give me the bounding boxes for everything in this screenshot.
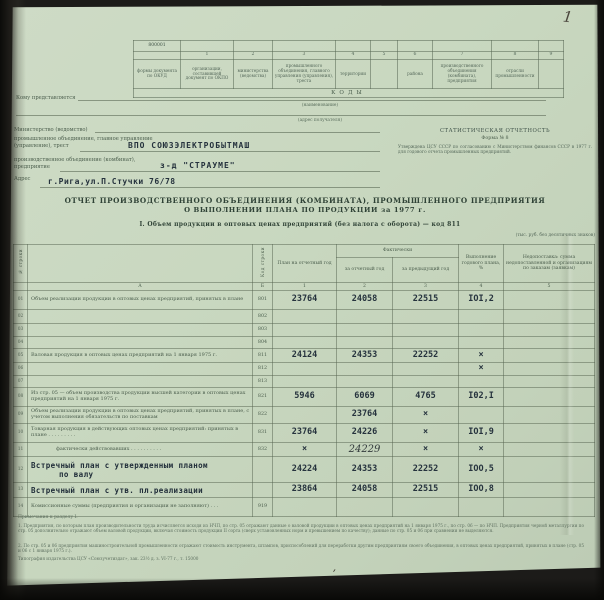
row-code-cell: 801	[253, 291, 273, 310]
report-title-line1: ОТЧЕТ ПРОИЗВОДСТВЕННОГО ОБЪЕДИНЕНИЯ (КОМ…	[30, 196, 580, 205]
cell-pct: I02,I	[459, 388, 504, 407]
cell-plan	[273, 324, 337, 337]
cell-note	[504, 349, 595, 363]
column-letter-cell: Б	[253, 283, 273, 291]
cell-fact-report: 24058	[337, 483, 393, 498]
cell-plan: ×	[273, 443, 337, 457]
cell-note	[504, 337, 595, 349]
cell-fact-report: 24058	[337, 291, 393, 310]
codes-label-cell: формы документа по ОКУД	[134, 60, 181, 89]
handwritten-page-number: 1	[562, 7, 574, 26]
report-table-body: 01Объем реализации продукции в оптовых ц…	[14, 291, 595, 517]
table-row: 07813	[14, 376, 595, 388]
codes-number-row: 123456789	[134, 52, 564, 60]
codes-top-cell	[492, 41, 539, 52]
cell-plan: 23764	[273, 291, 337, 310]
paper-crease	[560, 235, 574, 535]
col-a-header-cell	[28, 245, 253, 283]
row-code-cell: 822	[253, 407, 273, 424]
cell-plan: 5946	[273, 388, 337, 407]
table-row: 12Встречный план с утвержденным планомпо…	[14, 457, 595, 483]
codes-kody-cell: КОДЫ	[134, 89, 564, 98]
ministry-line	[95, 132, 380, 133]
row-code-cell	[253, 483, 273, 498]
row-code-cell: 803	[253, 324, 273, 337]
section-heading: I. Объем продукции в оптовых ценах предп…	[40, 221, 560, 228]
codes-top-cell	[336, 41, 371, 52]
codes-label-cell	[539, 60, 564, 89]
cell-pct	[459, 407, 504, 424]
codes-top-cell: 800001	[134, 41, 181, 52]
cell-note	[504, 483, 595, 498]
row-description-cell: Из стр. 05 — объем производства продукци…	[28, 388, 253, 407]
codes-top-cell	[539, 41, 564, 52]
cell-note	[504, 363, 595, 376]
address-value: г.Рига,ул.П.Стучки 76/78	[48, 177, 176, 186]
row-description-cell: Объем реализации продукции в оптовых цен…	[28, 407, 253, 424]
table-row: 11фактически действовавших . . . . . . .…	[14, 443, 595, 457]
addressee-name-line	[78, 100, 546, 101]
column-letter-cell: 5	[504, 283, 595, 291]
cell-pct: IOI,2	[459, 291, 504, 310]
cell-plan	[273, 376, 337, 388]
footnotes-header: Примечания к разделу I.	[18, 515, 218, 520]
cell-fact-report	[337, 337, 393, 349]
book-binding-shadow	[0, 0, 26, 600]
print-imprint: Типография издательства ЦСУ «Союзучетизд…	[18, 556, 418, 561]
codes-label-cell: территории	[336, 60, 371, 89]
approval-text: Утверждена ЦСУ СССР по согласованию с Ми…	[398, 144, 592, 154]
address-line	[40, 187, 380, 188]
cell-fact-prev	[393, 337, 459, 349]
codes-label-row: формы документа по ОКУДорганизации, сост…	[134, 60, 564, 89]
table-letters-row: АБ12345	[14, 283, 595, 291]
cell-fact-prev: 4765	[393, 388, 459, 407]
cell-pct: IOI,9	[459, 424, 504, 443]
row-description-cell	[28, 376, 253, 388]
column-letter-cell: 2	[337, 283, 393, 291]
cell-fact-prev: 22252	[393, 349, 459, 363]
codes-number-cell: 1	[181, 52, 234, 60]
table-row: 03803	[14, 324, 595, 337]
cell-plan	[273, 407, 337, 424]
addressee-address-caption: (адрес получателя)	[250, 118, 390, 123]
note-header-cell: Недопоставка: сумма недопоставленной и о…	[504, 245, 595, 283]
row-code-cell: 804	[253, 337, 273, 349]
cell-plan: 23764	[273, 424, 337, 443]
table-row: 09Объем реализации продукции в оптовых ц…	[14, 407, 595, 424]
cell-note	[504, 443, 595, 457]
fact-prev-header-cell: за предыдущий год	[393, 258, 459, 283]
codes-kody-row: КОДЫ	[134, 89, 564, 98]
row-code-cell: 831	[253, 424, 273, 443]
col-b-header: Код строки	[260, 247, 265, 277]
codes-label-cell: отрасли промышленности	[492, 60, 539, 89]
cell-note	[504, 324, 595, 337]
table-row: 14Комиссионные суммы (предприятия и орга…	[14, 498, 595, 517]
cell-pct: IOO,5	[459, 457, 504, 483]
report-title-line2: О ВЫПОЛНЕНИИ ПЛАНА ПО ПРОДУКЦИИ за 1977 …	[30, 206, 580, 214]
statistical-reporting-label: СТАТИСТИЧЕСКАЯ ОТЧЕТНОСТЬ	[400, 128, 590, 134]
cell-note	[504, 498, 595, 517]
table-row: 04804	[14, 337, 595, 349]
cell-fact-prev	[393, 376, 459, 388]
codes-number-cell: 2	[234, 52, 273, 60]
table-header-row-1: № строки Код строки План на отчет­ный го…	[14, 245, 595, 258]
union-line	[80, 151, 380, 152]
row-code-cell	[253, 457, 273, 483]
form-number-label: Форма № 8	[400, 136, 590, 141]
row-description-cell: Товарная продукция в действующих оптовых…	[28, 424, 253, 443]
row-description-cell: Объем реализации продукции в оптовых цен…	[28, 291, 253, 310]
codes-label-cell: организации, составившей документ по ОКП…	[181, 60, 234, 89]
codes-label-cell: района	[398, 60, 433, 89]
table-row: 02802	[14, 310, 595, 324]
cell-fact-report: 23764	[337, 407, 393, 424]
cell-note	[504, 291, 595, 310]
footnote-2: 2. По стр. 05 и 06 предприятия машиностр…	[18, 543, 584, 554]
cell-plan	[273, 310, 337, 324]
table-row: 05Валовая продукция в оптовых ценах пред…	[14, 349, 595, 363]
codes-number-cell: 3	[273, 52, 336, 60]
cell-fact-prev	[393, 324, 459, 337]
footnote-1: 1. Предприятия, по которым план производ…	[18, 523, 584, 534]
column-letter-cell: 4	[459, 283, 504, 291]
cell-fact-report	[337, 498, 393, 517]
cell-fact-prev: 22515	[393, 483, 459, 498]
cell-pct	[459, 337, 504, 349]
row-code-cell: 812	[253, 363, 273, 376]
enterprise-value: з-д "СТРАУМЕ"	[160, 161, 236, 170]
scanned-report-page: 1 800001123456789формы документа по ОКУД…	[0, 0, 604, 600]
cell-plan: 23864	[273, 483, 337, 498]
cell-pct	[459, 376, 504, 388]
cell-fact-prev: ×	[393, 407, 459, 424]
table-row: 13Встречный план с утв. пл.реализации238…	[14, 483, 595, 498]
row-code-cell: 821	[253, 388, 273, 407]
cell-fact-prev: 22252	[393, 457, 459, 483]
codes-top-cell	[433, 41, 492, 52]
row-description-cell	[28, 324, 253, 337]
table-row: 10Товарная продукция в действующих оптов…	[14, 424, 595, 443]
right-edge-shadow	[594, 0, 604, 600]
cell-fact-report: 24229	[337, 443, 393, 457]
cell-fact-report: 24353	[337, 349, 393, 363]
cell-fact-report: 6069	[337, 388, 393, 407]
row-code-cell: 919	[253, 498, 273, 517]
column-letter-cell: 3	[393, 283, 459, 291]
codes-top-cell	[371, 41, 398, 52]
row-code-cell: 802	[253, 310, 273, 324]
cell-note	[504, 376, 595, 388]
codes-number-cell: 8	[492, 52, 539, 60]
codes-label-cell: промышленного объединения, главного упра…	[273, 60, 336, 89]
plan-header-cell: План на отчет­ный год	[273, 245, 337, 283]
cell-pct	[459, 498, 504, 517]
row-description-cell: Валовая продукция в оптовых ценах предпр…	[28, 349, 253, 363]
cell-fact-prev	[393, 498, 459, 517]
codes-number-cell: 5	[371, 52, 398, 60]
codes-table: 800001123456789формы документа по ОКУДор…	[133, 40, 564, 98]
column-letter-cell: А	[28, 283, 253, 291]
row-code-cell: 811	[253, 349, 273, 363]
cell-plan	[273, 498, 337, 517]
cell-note	[504, 457, 595, 483]
addressee-name-caption: (наименование)	[250, 103, 390, 108]
table-row: 01Объем реализации продукции в оптовых ц…	[14, 291, 595, 310]
pct-header-cell: Выполнение годового плана, %	[459, 245, 504, 283]
report-table: № строки Код строки План на отчет­ный го…	[13, 244, 595, 517]
cell-plan	[273, 337, 337, 349]
cell-pct: ×	[459, 443, 504, 457]
cell-pct	[459, 324, 504, 337]
row-code-cell: 832	[253, 443, 273, 457]
col-b-header-cell: Код строки	[253, 245, 273, 283]
cell-pct: IOO,8	[459, 483, 504, 498]
bottom-edge-shadow	[0, 578, 604, 600]
cell-fact-report	[337, 324, 393, 337]
cell-fact-report	[337, 310, 393, 324]
codes-label-cell: производственного объединения (комбината…	[433, 60, 492, 89]
cell-pct	[459, 310, 504, 324]
row-description-cell	[28, 310, 253, 324]
row-description-cell	[28, 337, 253, 349]
cell-fact-report	[337, 363, 393, 376]
cell-note	[504, 407, 595, 424]
cell-fact-prev	[393, 310, 459, 324]
codes-top-cell	[181, 41, 234, 52]
cell-note	[504, 388, 595, 407]
codes-number-cell: 9	[539, 52, 564, 60]
column-letter-cell: 1	[273, 283, 337, 291]
cell-note	[504, 424, 595, 443]
cell-fact-report: 24226	[337, 424, 393, 443]
table-row: 06812×	[14, 363, 595, 376]
row-description-cell	[28, 363, 253, 376]
codes-top-cell	[398, 41, 433, 52]
fact-header-cell: Фактически	[337, 245, 459, 258]
cell-fact-prev: 22515	[393, 291, 459, 310]
codes-number-cell: 6	[398, 52, 433, 60]
codes-top-cell	[273, 41, 336, 52]
fact-report-header-cell: за отчетный год	[337, 258, 393, 283]
table-row: 08Из стр. 05 — объем производства продук…	[14, 388, 595, 407]
cell-fact-prev: ×	[393, 443, 459, 457]
row-description-cell: Встречный план с утв. пл.реализации	[28, 483, 253, 498]
cell-fact-prev: ×	[393, 424, 459, 443]
codes-number-cell: 4	[336, 52, 371, 60]
row-description-cell: Встречный план с утвержденным планомпо в…	[28, 457, 253, 483]
codes-label-cell: министерства (ведомства)	[234, 60, 273, 89]
cell-fact-prev	[393, 363, 459, 376]
cell-plan	[273, 363, 337, 376]
addressee-address-line	[16, 115, 546, 116]
codes-table-body: 800001123456789формы документа по ОКУДор…	[134, 41, 564, 98]
row-code-cell: 813	[253, 376, 273, 388]
codes-top-cell	[234, 41, 273, 52]
row-description-cell: фактически действовавших . . . . . . . .…	[28, 443, 253, 457]
page-content: 1 800001123456789формы документа по ОКУД…	[0, 0, 604, 600]
codes-number-cell	[134, 52, 181, 60]
union-value: ВПО СОЮЗЭЛЕКТРОБЫТМАШ	[128, 141, 250, 150]
cell-fact-report	[337, 376, 393, 388]
codes-top-row: 800001	[134, 41, 564, 52]
codes-label-cell	[371, 60, 398, 89]
codes-number-cell: 7	[433, 52, 492, 60]
cell-plan: 24224	[273, 457, 337, 483]
cell-pct: ×	[459, 349, 504, 363]
cell-pct: ×	[459, 363, 504, 376]
enterprise-line	[60, 171, 380, 172]
row-description-cell: Комиссионные суммы (предприятия и органи…	[28, 498, 253, 517]
cell-fact-report: 24353	[337, 457, 393, 483]
cell-plan: 24124	[273, 349, 337, 363]
cell-note	[504, 310, 595, 324]
enterprise-label-1: производственное объединение (комбинат),	[14, 157, 135, 163]
